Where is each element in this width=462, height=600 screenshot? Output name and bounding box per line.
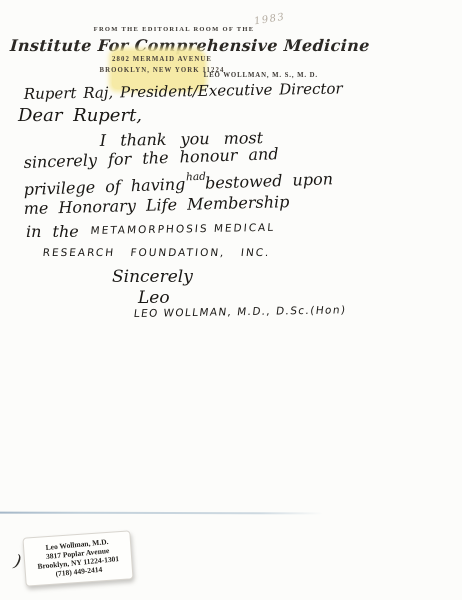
letterhead-address-line1: 2802 MERMAID AVENUE [102,56,222,63]
signature: Leo [138,288,170,308]
body-line-3-after: bestowed upon [205,169,334,192]
closing-word: Sincerely [112,267,193,287]
letterhead-physician-name: LEO WOLLMAN, M. S., M. D. [198,72,318,79]
letterhead-from-line: FROM THE EDITORIAL ROOM OF THE [0,26,348,33]
scanned-letter-page: FROM THE EDITORIAL ROOM OF THE Institute… [0,0,462,600]
body-line-5-script: in the [26,222,79,241]
salutation-line: Dear Rupert, [18,105,142,126]
body-line-6-caps: RESEARCH FOUNDATION, INC. [42,247,271,259]
inserted-word: had [186,171,206,184]
typed-name-line: LEO WOLLMAN, M.D., D.Sc.(Hon) [133,304,347,320]
body-line-5-caps: METAMORPHOSIS MEDICAL [90,222,276,237]
recipient-line: Rupert Raj, President/Executive Director [24,79,343,103]
paper-edge-line [0,512,323,515]
address-label-sticker: Leo Wollman, M.D. 3817 Poplar Avenue Bro… [22,530,133,586]
body-line-2: sincerely for the honour and [23,144,279,172]
